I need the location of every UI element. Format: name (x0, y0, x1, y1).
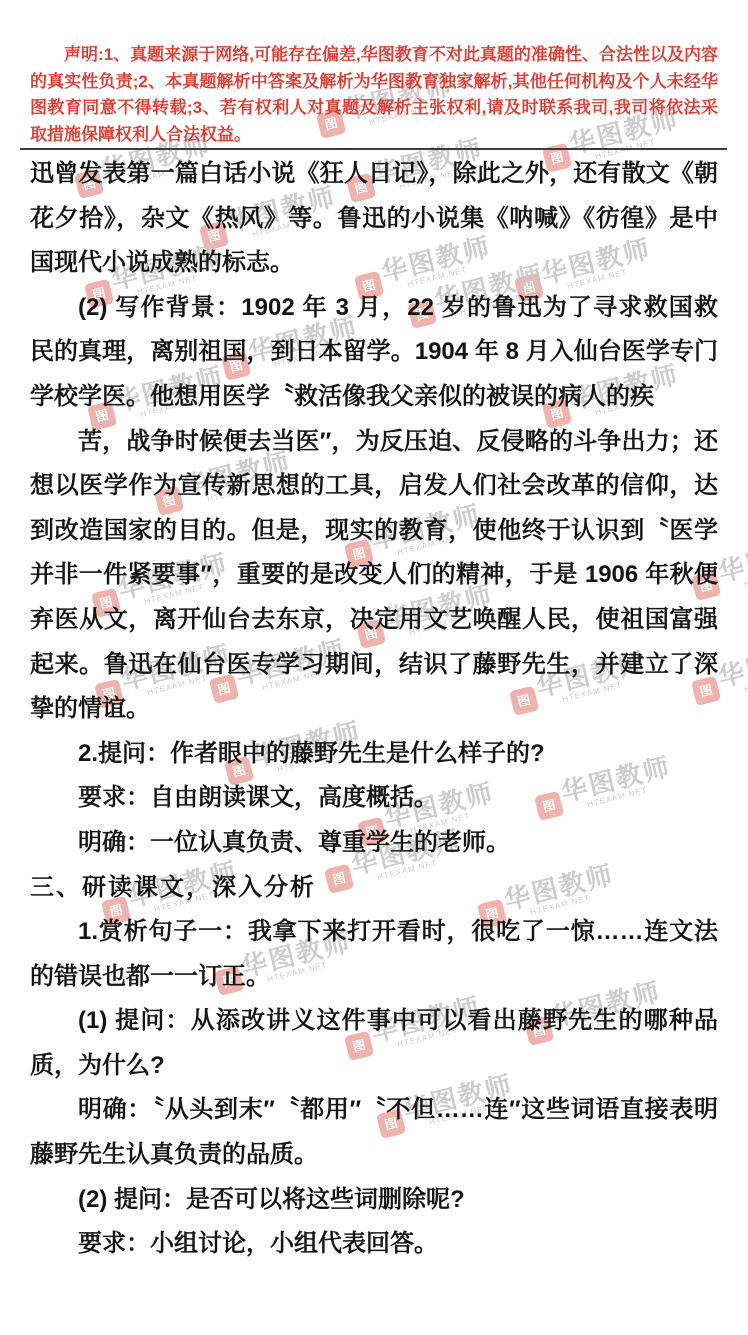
disclaimer-label: 声明: (64, 45, 104, 64)
disclaimer-line: 的真实性负责;2、本真题解析中答案及解析为华图教育独家解析,其他任何机构及个人未… (30, 69, 718, 96)
text-line: (1) 提问：从添改讲义这件事中可以看出藤野先生的哪种品 (30, 999, 718, 1044)
text-line: 学校学医。他想用医学〝救活像我父亲似的被误的病人的疾 (30, 375, 718, 420)
watermark-subtext: HTEXAM.NET (744, 664, 748, 694)
disclaimer-line: 取措施保障权利人合法权益。 (30, 122, 718, 149)
text-line: 到改造国家的目的。但是，现实的教育，使他终于认识到〝医学 (30, 509, 718, 554)
document-page: 图华图教师HTEXAM.NET图华图教师HTEXAM.NET图华图教师HTEXA… (0, 0, 748, 1335)
watermark-text: 华图教师 (716, 638, 748, 690)
text-line: 并非一件紧要事″，重要的是改变人们的精神，于是 1906 年秋便 (30, 553, 718, 598)
text-line: 质，为什么? (30, 1044, 718, 1089)
section-heading: 三、研读课文，深入分析 (30, 866, 718, 911)
text-line: 挚的情谊。 (30, 687, 718, 732)
disclaimer: 声明:1、真题来源于网络,可能存在偏差,华图教育不对此真题的准确性、合法性以及内… (30, 42, 718, 148)
document-body: 迅曾发表第一篇白话小说《狂人日记》，除此之外，还有散文《朝花夕拾》，杂文《热风》… (30, 152, 718, 1267)
text-line: 要求：自由朗读课文，高度概括。 (30, 776, 718, 821)
watermark-subtext: HTEXAM.NET (744, 559, 748, 589)
text-line: 明确：〝从头到末″〝都用″〝不但……连″这些词语直接表明 (30, 1088, 718, 1133)
text-line: 1.赏析句子一：我拿下来打开看时，很吃了一惊……连文法 (30, 910, 718, 955)
text-line: 想以医学作为宣传新思想的工具，启发人们社会改革的信仰，达 (30, 464, 718, 509)
disclaimer-text: 1、真题来源于网络,可能存在偏差,华图教育不对此真题的准确性、合法性以及内容 (104, 45, 718, 64)
text-line: 起来。鲁迅在仙台医专学习期间，结识了藤野先生，并建立了深 (30, 643, 718, 688)
text-line: 要求：小组讨论，小组代表回答。 (30, 1222, 718, 1267)
page-content: 声明:1、真题来源于网络,可能存在偏差,华图教育不对此真题的准确性、合法性以及内… (30, 0, 718, 1267)
text-line: 国现代小说成熟的标志。 (30, 241, 718, 286)
text-line: 弃医从文，离开仙台去东京，决定用文艺唤醒人民，使祖国富强 (30, 598, 718, 643)
text-line: 的错误也都一一订正。 (30, 955, 718, 1000)
watermark-text: 华图教师 (716, 533, 748, 585)
text-line: 2.提问：作者眼中的藤野先生是什么样子的? (30, 732, 718, 777)
disclaimer-line: 图教育同意不得转载;3、若有权利人对真题及解析主张权利,请及时联系我司,我司将依… (30, 95, 718, 122)
text-line: 苦，战争时候便去当医″，为反压迫、反侵略的斗争出力；还 (30, 420, 718, 465)
text-line: 藤野先生认真负责的品质。 (30, 1133, 718, 1178)
text-line: 明确：一位认真负责、尊重学生的老师。 (30, 821, 718, 866)
text-line: 迅曾发表第一篇白话小说《狂人日记》，除此之外，还有散文《朝 (30, 152, 718, 197)
separator-line (20, 148, 727, 150)
text-line: 民的真理，离别祖国，到日本留学。1904 年 8 月入仙台医学专门 (30, 330, 718, 375)
text-line: (2) 提问：是否可以将这些词删除呢? (30, 1178, 718, 1223)
disclaimer-line: 声明:1、真题来源于网络,可能存在偏差,华图教育不对此真题的准确性、合法性以及内… (30, 42, 718, 69)
text-line: (2) 写作背景：1902 年 3 月，22 岁的鲁迅为了寻求救国救 (30, 286, 718, 331)
text-line: 花夕拾》，杂文《热风》等。鲁迅的小说集《呐喊》《彷徨》是中 (30, 197, 718, 242)
